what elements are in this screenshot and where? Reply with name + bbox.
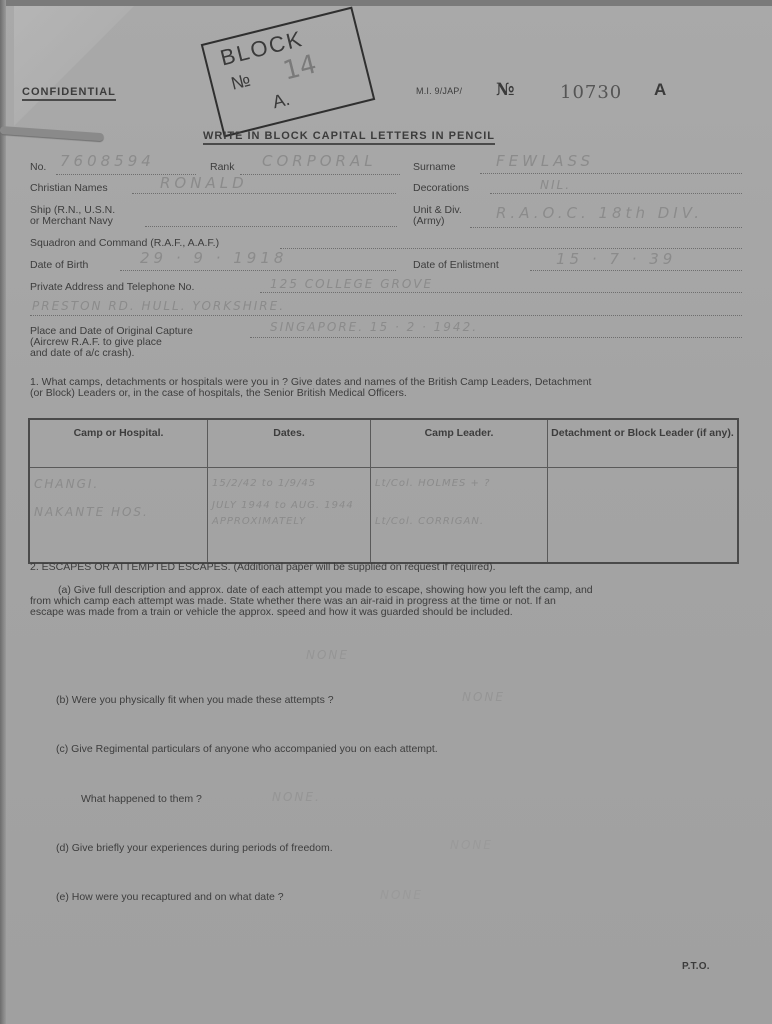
camps-table-header-row: Camp or Hospital. Dates. Camp Leader. De… [29, 419, 738, 468]
table-row-1-dates[interactable]: JULY 1944 to AUG. 1944 APPROXIMATELY [212, 498, 366, 530]
section2-heading: 2. ESCAPES OR ATTEMPTED ESCAPES. (Additi… [30, 562, 496, 573]
camps-table-body: CHANGI. NAKANTE HOS. 15/2/42 to 1/9/45 J… [29, 468, 738, 564]
date-of-enlistment-value[interactable]: 15 · 7 · 39 [556, 250, 676, 268]
capture-value[interactable]: SINGAPORE. 15 · 2 · 1942. [270, 320, 478, 334]
section2-d-answer[interactable]: NONE [450, 838, 493, 852]
form-page: CONFIDENTIAL BLOCK № 14 A. M.I. 9/JAP/ №… [0, 0, 772, 1024]
squadron-label: Squadron and Command (R.A.F., A.A.F.) [30, 238, 219, 249]
ship-label-line2: or Merchant Navy [30, 216, 113, 227]
rank-line [240, 174, 400, 175]
table-row-1-camp-leader[interactable]: Lt/Col. CORRIGAN. [375, 514, 543, 530]
stamp-no-label: № [229, 70, 253, 95]
column-header-dates: Dates. [208, 419, 371, 468]
date-of-birth-label: Date of Birth [30, 260, 88, 271]
block-stamp: BLOCK № 14 A. [201, 7, 376, 138]
detachment-leader-cell [548, 468, 739, 564]
reference-suffix: A [654, 80, 666, 100]
camp-cell: CHANGI. NAKANTE HOS. [29, 468, 208, 564]
table-row-0-dates[interactable]: 15/2/42 to 1/9/45 [212, 470, 366, 498]
instruction-heading: WRITE IN BLOCK CAPITAL LETTERS IN PENCIL [203, 130, 495, 145]
date-of-birth-value[interactable]: 29 · 9 · 1918 [140, 249, 287, 267]
date-of-enlistment-line [530, 270, 742, 271]
ship-line [145, 226, 397, 227]
section1-question-line2: (or Block) Leaders or, in the case of ho… [30, 388, 407, 399]
section2-c-question: (c) Give Regimental particulars of anyon… [56, 744, 438, 755]
number-label: No. [30, 162, 46, 173]
section2-a-answer[interactable]: NONE [306, 648, 349, 662]
section2-c-followup: What happened to them ? [81, 794, 202, 805]
reference-prefix: M.I. 9/JAP/ [416, 86, 462, 96]
page-left-edge [0, 0, 6, 1024]
paper-pin [0, 126, 104, 141]
private-address-line2 [30, 315, 742, 316]
unit-div-value[interactable]: R.A.O.C. 18th DIV. [496, 204, 703, 222]
folded-corner [14, 6, 134, 126]
rank-label: Rank [210, 162, 235, 173]
section2-b-answer[interactable]: NONE [462, 690, 505, 704]
christian-names-label: Christian Names [30, 183, 108, 194]
date-of-enlistment-label: Date of Enlistment [413, 260, 499, 271]
camps-table: Camp or Hospital. Dates. Camp Leader. De… [28, 418, 739, 564]
table-row-0-camp[interactable]: CHANGI. [34, 470, 203, 498]
unit-div-line [470, 227, 742, 228]
section2-b-question: (b) Were you physically fit when you mad… [56, 695, 334, 706]
private-address-value-line2[interactable]: PRESTON RD. HULL. YORKSHIRE. [32, 299, 285, 313]
surname-label: Surname [413, 162, 456, 173]
christian-names-value[interactable]: RONALD [160, 174, 248, 192]
decorations-line [490, 193, 742, 194]
page-top-edge [0, 0, 772, 6]
date-of-birth-line [120, 270, 396, 271]
classification-label: CONFIDENTIAL [22, 86, 116, 101]
stamp-number: 14 [280, 49, 319, 86]
reference-number: 10730 [560, 82, 622, 103]
stamp-letter: A. [271, 89, 293, 113]
unit-div-label-line2: (Army) [413, 216, 445, 227]
column-header-detachment-leader: Detachment or Block Leader (if any). [548, 419, 739, 468]
christian-names-line [132, 193, 396, 194]
please-turn-over-label: P.T.O. [682, 961, 710, 972]
capture-line [250, 337, 742, 338]
private-address-label: Private Address and Telephone No. [30, 282, 194, 293]
dates-cell: 15/2/42 to 1/9/45 JULY 1944 to AUG. 1944… [208, 468, 371, 564]
section2-e-question: (e) How were you recaptured and on what … [56, 892, 284, 903]
reference-no-label: № [496, 80, 514, 100]
rank-value[interactable]: CORPORAL [262, 152, 377, 170]
private-address-line1 [260, 292, 742, 293]
number-value[interactable]: 7608594 [60, 152, 155, 170]
squadron-line [280, 248, 742, 249]
section2-d-question: (d) Give briefly your experiences during… [56, 843, 333, 854]
decorations-value[interactable]: NIL. [540, 178, 571, 192]
decorations-label: Decorations [413, 183, 469, 194]
private-address-value-line1[interactable]: 125 COLLEGE GROVE [270, 277, 433, 291]
column-header-camp-leader: Camp Leader. [371, 419, 548, 468]
capture-label-line3: and date of a/c crash). [30, 348, 134, 359]
column-header-camp: Camp or Hospital. [29, 419, 208, 468]
table-row-0-camp-leader[interactable]: Lt/Col. HOLMES + ? [375, 470, 543, 498]
section2-e-answer[interactable]: NONE [380, 888, 423, 902]
surname-value[interactable]: FEWLASS [496, 152, 594, 170]
surname-line [480, 173, 742, 174]
table-row-1-camp[interactable]: NAKANTE HOS. [34, 498, 203, 526]
section2-c-answer[interactable]: NONE. [272, 790, 321, 804]
section2-a-line3: escape was made from a train or vehicle … [30, 607, 513, 618]
camp-leader-cell: Lt/Col. HOLMES + ? Lt/Col. CORRIGAN. [371, 468, 548, 564]
